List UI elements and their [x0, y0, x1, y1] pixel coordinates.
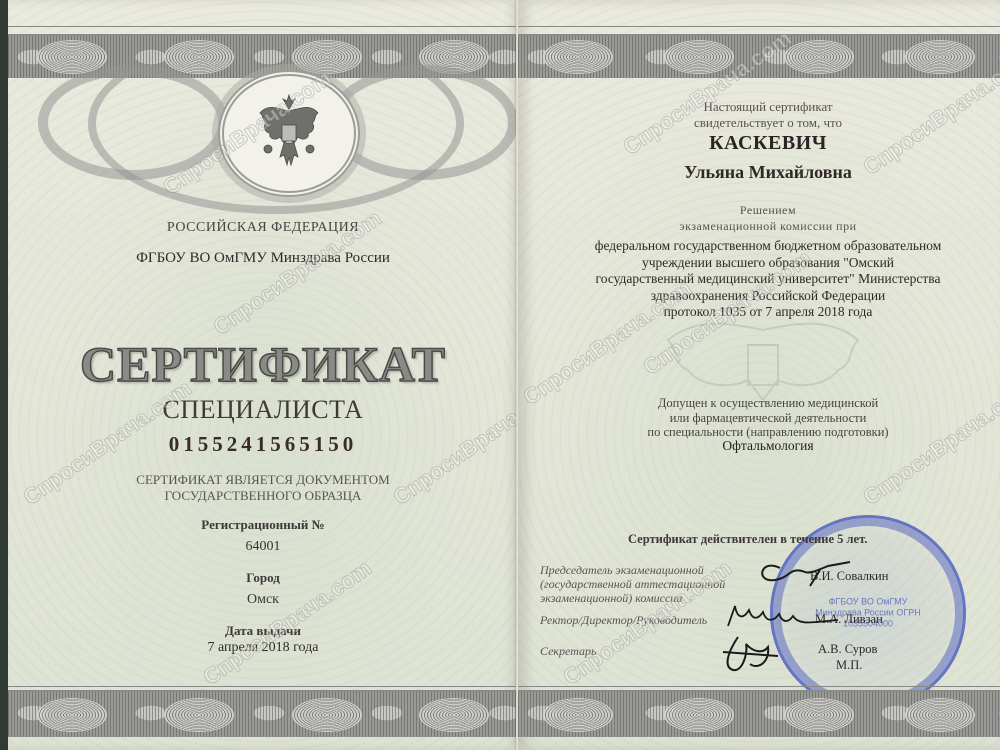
guilloche-band-top [518, 34, 1000, 78]
institution-line: федеральном государственном бюджетном об… [558, 238, 978, 255]
holder-given-names: Ульяна Михайловна [608, 162, 928, 183]
specialty: Офтальмология [588, 438, 948, 454]
intro-line1: Настоящий сертификат [608, 99, 928, 115]
issue-date-value: 7 апреля 2018 года [8, 640, 518, 656]
intro-line2: свидетельствует о том, что [608, 115, 928, 131]
role-line: Ректор/Директор/Руководитель [540, 613, 707, 627]
rector-role: Ректор/Директор/Руководитель [540, 613, 707, 627]
certificate-subtitle: СПЕЦИАЛИСТА [8, 395, 518, 425]
certificate-title: СЕРТИФИКАТ [8, 335, 518, 393]
secretary-role: Секретарь [540, 644, 596, 658]
state-document-note-line2: ГОСУДАРСТВЕННОГО ОБРАЗЦА [8, 488, 518, 504]
registration-label: Регистрационный № [8, 517, 518, 533]
registration-number: 64001 [8, 539, 518, 555]
admission-line: Допущен к осуществлению медицинской [588, 396, 948, 411]
secretary-name: А.В. Суров [818, 642, 877, 657]
role-line: экзаменационной) комиссии [540, 591, 725, 605]
institution-line: государственный медицинский университет"… [558, 271, 978, 288]
role-line: Председатель экзаменационной [540, 563, 725, 577]
chair-role: Председатель экзаменационной (государств… [540, 563, 725, 605]
coat-of-arms-icon [218, 70, 360, 197]
role-line: Секретарь [540, 644, 596, 658]
faint-eagle-icon [648, 310, 878, 400]
institution-line: учреждении высшего образования "Омский [558, 255, 978, 272]
signature-secretary-icon [718, 632, 788, 677]
guilloche-band-bottom [8, 690, 518, 737]
city-value: Омск [8, 592, 518, 608]
validity-statement: Сертификат действителен в течение 5 лет. [628, 532, 968, 547]
certificate-right-page: Настоящий сертификат свидетельствует о т… [518, 0, 1000, 750]
issue-date-label: Дата выдачи [8, 623, 518, 639]
city-label: Город [8, 570, 518, 586]
country-name: РОССИЙСКАЯ ФЕДЕРАЦИЯ [8, 220, 518, 236]
seal-mark: М.П. [836, 658, 862, 673]
certificate-left-page: РОССИЙСКАЯ ФЕДЕРАЦИЯ ФГБОУ ВО ОмГМУ Минз… [8, 0, 518, 750]
guilloche-band-bottom [518, 690, 1000, 737]
signature-rector-icon [723, 598, 843, 633]
institution-line: здравоохранения Российской Федерации [558, 288, 978, 305]
admission-line: или фармацевтической деятельности [588, 411, 948, 426]
decision-line1: Решением [598, 203, 938, 218]
role-line: (государственной аттестационной [540, 577, 725, 591]
admission-text: Допущен к осуществлению медицинской или … [588, 396, 948, 440]
emblem-ornament [28, 25, 508, 195]
signature-chair-icon [750, 548, 860, 588]
certificate-number: 0155241565150 [8, 432, 518, 457]
institution-text: федеральном государственном бюджетном об… [558, 238, 978, 321]
decision-line2: экзаменационной комиссии при [598, 219, 938, 234]
holder-surname: КАСКЕВИЧ [608, 132, 928, 155]
organization-name: ФГБОУ ВО ОмГМУ Минздрава России [8, 250, 518, 267]
state-document-note-line1: СЕРТИФИКАТ ЯВЛЯЕТСЯ ДОКУМЕНТОМ [8, 472, 518, 488]
